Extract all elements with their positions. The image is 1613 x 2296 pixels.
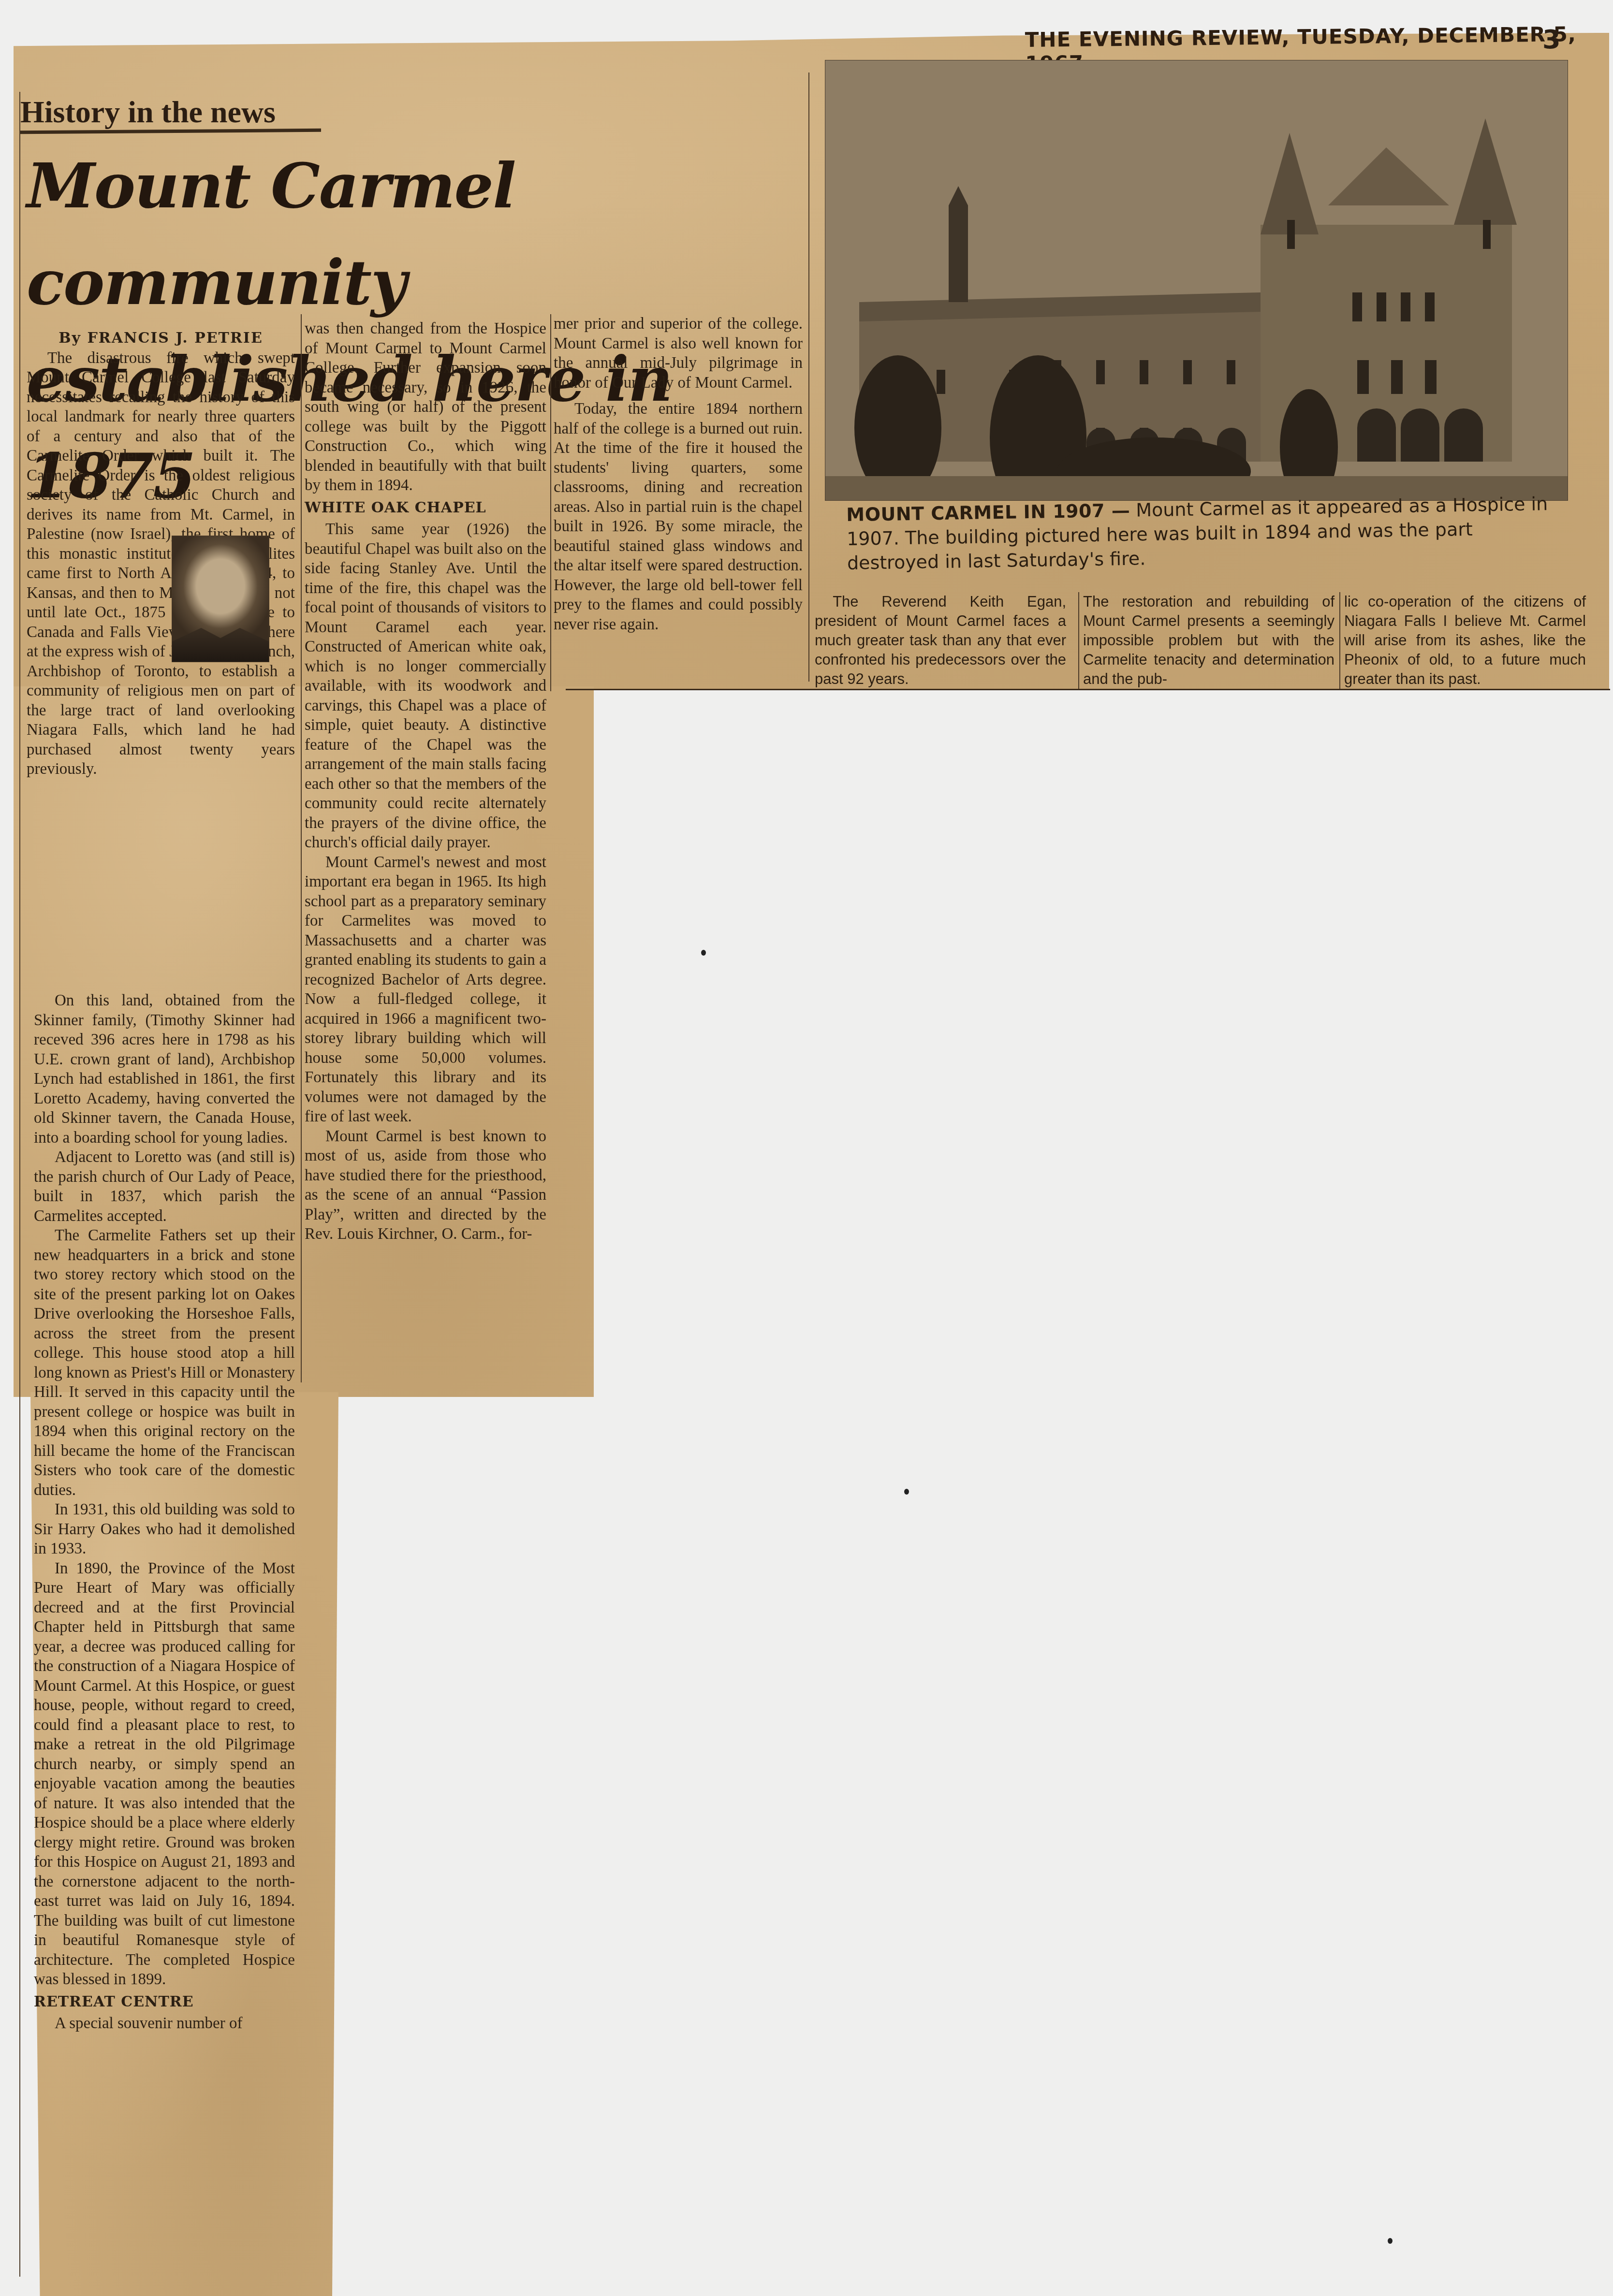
paragraph: On this land, obtained from the Skinner … [34, 991, 295, 1148]
headline-line-1: Mount Carmel community [27, 138, 795, 331]
paragraph: Today, the entire 1894 northern half of … [554, 399, 803, 634]
paragraph: In 1931, this old building was sold to S… [34, 1500, 295, 1559]
paragraph: mer prior and superior of the college. M… [554, 314, 803, 392]
paragraph: The Reverend Keith Egan, president of Mo… [815, 592, 1066, 689]
section-kicker: History in the news [20, 94, 276, 130]
paragraph: lic co-operation of the citizens of Niag… [1344, 592, 1586, 689]
column-rule-1 [301, 314, 302, 1382]
paragraph: Mount Carmel is best known to most of us… [305, 1127, 546, 1244]
article-column-2: was then changed from the Hospice of Mou… [305, 319, 546, 1244]
column-rule-closing-1 [1078, 592, 1079, 689]
photo-caption: MOUNT CARMEL IN 1907 — Mount Carmel as i… [846, 492, 1558, 575]
article-column-1-continued: On this land, obtained from the Skinner … [34, 991, 295, 2034]
page-number: 3 [1542, 24, 1561, 55]
paragraph: The restoration and rebuilding of Mount … [1083, 592, 1334, 689]
scan-speck [904, 1489, 909, 1495]
paragraph: Adjacent to Loretto was (and still is) t… [34, 1148, 295, 1226]
paragraph-truncated: A special souvenir number of [34, 2014, 295, 2034]
building-illustration [825, 60, 1568, 500]
scan-speck [1388, 2238, 1393, 2244]
byline: By FRANCIS J. PETRIE [27, 329, 295, 349]
paragraph: This same year (1926) the beautiful Chap… [305, 520, 546, 853]
closing-column-2: The restoration and rebuilding of Mount … [1083, 592, 1334, 689]
column-rule-3 [808, 73, 809, 682]
scan-speck [701, 950, 706, 956]
historic-building-photo [825, 60, 1568, 501]
paragraph: was then changed from the Hospice of Mou… [305, 319, 546, 495]
article-column-3: mer prior and superior of the college. M… [554, 314, 803, 634]
column-rule-closing-2 [1339, 592, 1340, 689]
column-rule-2 [550, 314, 551, 691]
author-portrait [172, 536, 269, 662]
clipping-bottom-rule [566, 689, 1610, 690]
paragraph: The Carmelite Fathers set up their new h… [34, 1226, 295, 1500]
subhead-white-oak-chapel: WHITE OAK CHAPEL [305, 498, 546, 518]
closing-column-1: The Reverend Keith Egan, president of Mo… [815, 592, 1066, 689]
paragraph: In 1890, the Province of the Most Pure H… [34, 1559, 295, 1990]
paragraph: Mount Carmel's newest and most important… [305, 853, 546, 1127]
column-rule-left [19, 92, 20, 2277]
caption-lead: MOUNT CARMEL IN 1907 — [846, 500, 1130, 525]
closing-column-3: lic co-operation of the citizens of Niag… [1344, 592, 1586, 689]
subhead-retreat-centre: RETREAT CENTRE [34, 1992, 295, 2012]
